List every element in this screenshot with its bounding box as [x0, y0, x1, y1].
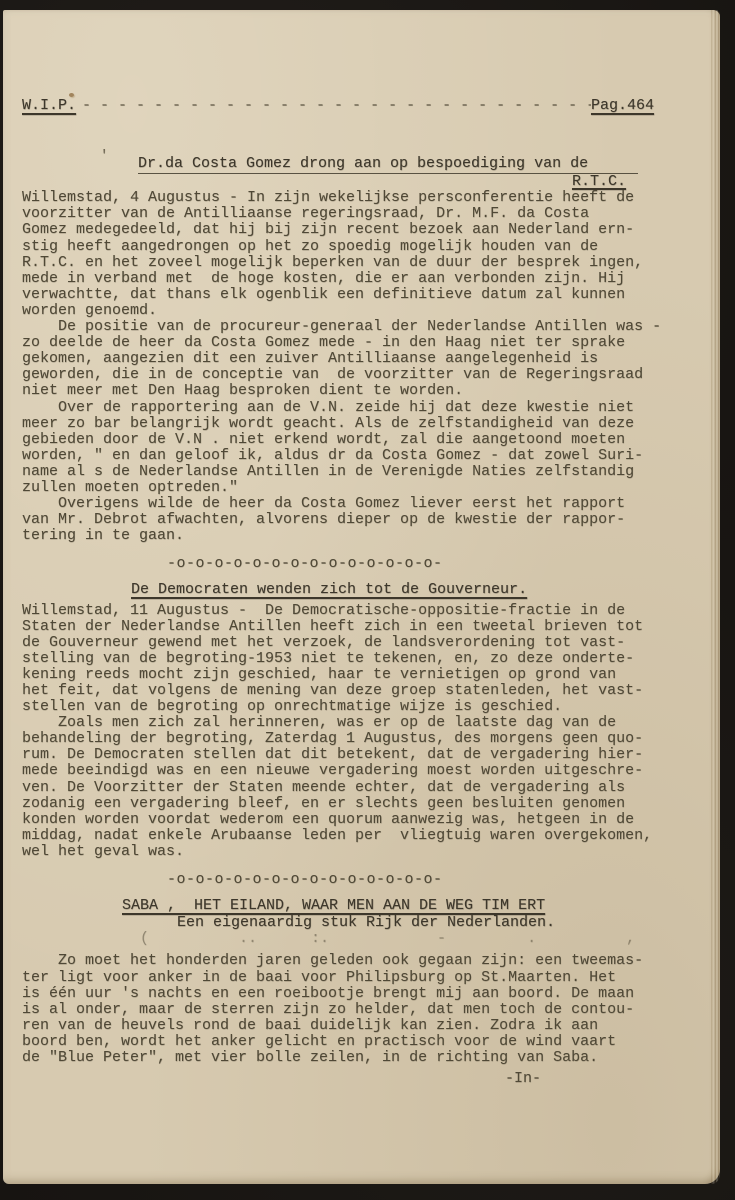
- article-subheading: Een eigenaardig stuk Rijk der Nederlande…: [177, 915, 696, 931]
- article-heading: De Democraten wenden zich tot de Gouvern…: [131, 582, 696, 598]
- article-title-line1: Dr.da Costa Gomez drong aan op bespoedig…: [138, 156, 638, 174]
- faint-typed-artifacts: ( .. :. - . ,: [140, 931, 696, 947]
- paragraph: Zo moet het honderden jaren geleden ook …: [22, 953, 696, 1066]
- article-title-line2: R.T.C.: [138, 174, 638, 190]
- paragraph: Over de rapportering aan de V.N. zeide h…: [22, 400, 696, 497]
- article-heading: SABA , HET EILAND, WAAR MEN AAN DE WEG T…: [122, 898, 696, 914]
- paragraph: Willemstad, 11 Augustus - De Democratisc…: [22, 603, 696, 716]
- header-dash-rule: - - - - - - - - - - - - - - - - - - - - …: [76, 98, 591, 114]
- journal-code: W.I.P.: [22, 98, 76, 114]
- paragraph: Overigens wilde de heer da Costa Gomez l…: [22, 496, 696, 544]
- document-page: W.I.P. - - - - - - - - - - - - - - - - -…: [3, 10, 720, 1184]
- article-saba: SABA , HET EILAND, WAAR MEN AAN DE WEG T…: [22, 898, 696, 1066]
- article-democraten: De Democraten wenden zich tot de Gouvern…: [22, 582, 696, 860]
- paragraph: De positie van de procureur-generaal der…: [22, 319, 696, 399]
- page-content: W.I.P. - - - - - - - - - - - - - - - - -…: [3, 10, 720, 1184]
- section-separator: -o-o-o-o-o-o-o-o-o-o-o-o-o-o-: [167, 872, 696, 888]
- section-separator: -o-o-o-o-o-o-o-o-o-o-o-o-o-o-: [167, 556, 696, 572]
- article-rtc: Dr.da Costa Gomez drong aan op bespoedig…: [22, 156, 696, 544]
- article-title-rtc: R.T.C.: [572, 173, 626, 190]
- continuation-mark: -In-: [505, 1071, 696, 1087]
- page-number: Pag.464: [591, 98, 654, 114]
- page-header: W.I.P. - - - - - - - - - - - - - - - - -…: [22, 98, 654, 114]
- stray-typed-mark: ': [100, 148, 108, 164]
- paragraph: Zoals men zich zal herinneren, was er op…: [22, 715, 696, 860]
- article-title: Dr.da Costa Gomez drong aan op bespoedig…: [138, 156, 638, 190]
- paragraph: Willemstad, 4 Augustus - In zijn wekelij…: [22, 190, 696, 319]
